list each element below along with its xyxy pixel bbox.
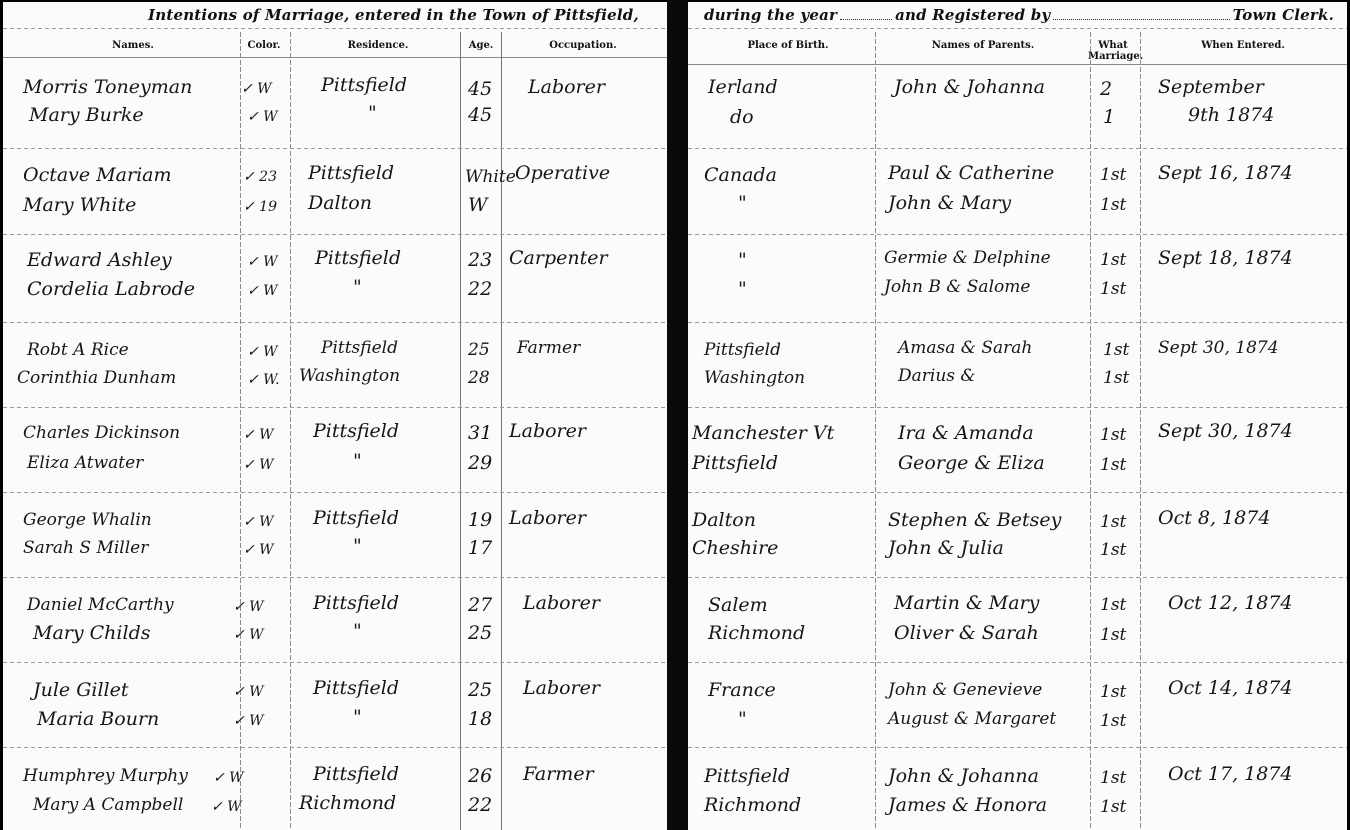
bride-birthplace: " xyxy=(738,192,747,214)
groom-age: 31 xyxy=(468,422,492,444)
bride-residence: Washington xyxy=(299,365,400,387)
bride-marriage-number: 1st xyxy=(1100,796,1126,818)
bride-age: 29 xyxy=(468,452,492,474)
bride-color: ✓ W xyxy=(211,796,242,818)
groom-age: White xyxy=(465,166,516,188)
groom-name: Morris Toneyman xyxy=(23,76,192,98)
row-rule xyxy=(688,322,1347,323)
groom-marriage-number: 2 xyxy=(1100,78,1112,100)
title-registered-label: and Registered by xyxy=(895,6,1050,24)
bride-birthplace: Richmond xyxy=(704,794,801,816)
row-rule xyxy=(3,577,667,578)
bride-residence: " xyxy=(353,450,362,472)
groom-color: ✓ W xyxy=(233,681,264,703)
year-blank xyxy=(840,10,892,20)
groom-residence: Pittsfield xyxy=(315,247,401,269)
groom-birthplace: " xyxy=(738,249,747,271)
bride-birthplace: Richmond xyxy=(708,622,805,644)
bride-name: Mary Burke xyxy=(29,104,144,126)
bride-age: 17 xyxy=(468,537,492,559)
row-rule xyxy=(688,662,1347,663)
clerk-blank xyxy=(1053,10,1229,20)
ledger-spread: Intentions of Marriage, entered in the T… xyxy=(0,0,1350,830)
groom-parents: Ira & Amanda xyxy=(898,422,1034,444)
groom-birthplace: Pittsfield xyxy=(704,339,781,361)
groom-color: ✓ W xyxy=(213,767,244,789)
bride-marriage-number: 1st xyxy=(1100,194,1126,216)
col-divider xyxy=(501,32,502,830)
row-rule xyxy=(688,747,1347,748)
col-header-color: Color. xyxy=(239,40,289,51)
col-divider xyxy=(290,32,291,830)
groom-age: 19 xyxy=(468,509,492,531)
col-header-names-of-parents: Names of Parents. xyxy=(878,40,1088,51)
bride-residence: " xyxy=(353,706,362,728)
entered-date-line2: 9th 1874 xyxy=(1188,104,1274,126)
groom-occupation: Carpenter xyxy=(509,247,608,269)
header-rule xyxy=(688,64,1347,65)
bride-age: 18 xyxy=(468,708,492,730)
groom-birthplace: Manchester Vt xyxy=(692,422,834,444)
col-header-age: Age. xyxy=(461,40,501,51)
bride-name: Mary A Campbell xyxy=(33,794,183,816)
bride-residence: " xyxy=(353,620,362,642)
groom-color: ✓ W xyxy=(243,511,274,533)
groom-color: ✓ W xyxy=(243,424,274,446)
col-header-what-marriage: What Marriage. xyxy=(1088,40,1138,62)
row-rule xyxy=(3,234,667,235)
groom-occupation: Farmer xyxy=(517,337,580,359)
bride-birthplace: Cheshire xyxy=(692,537,778,559)
bride-name: Corinthia Dunham xyxy=(17,367,176,389)
row-rule xyxy=(688,492,1347,493)
groom-residence: Pittsfield xyxy=(313,507,399,529)
groom-color: ✓ W xyxy=(241,78,272,100)
groom-residence: Pittsfield xyxy=(313,677,399,699)
bride-marriage-number: 1st xyxy=(1100,278,1126,300)
bride-marriage-number: 1st xyxy=(1100,710,1126,732)
row-rule xyxy=(3,747,667,748)
bride-parents: John & Mary xyxy=(888,192,1011,214)
groom-residence: Pittsfield xyxy=(321,337,398,359)
bride-parents: Darius & xyxy=(898,365,976,387)
title-clerk-label: Town Clerk. xyxy=(1233,6,1334,24)
groom-occupation: Laborer xyxy=(509,507,586,529)
entered-date-line1: Oct 12, 1874 xyxy=(1168,592,1293,614)
groom-parents: John & Johanna xyxy=(888,765,1039,787)
bride-age: 22 xyxy=(468,278,492,300)
bride-birthplace: do xyxy=(730,106,754,128)
row-rule xyxy=(3,662,667,663)
bride-name: Cordelia Labrode xyxy=(27,278,195,300)
groom-marriage-number: 1st xyxy=(1100,767,1126,789)
bride-residence: Dalton xyxy=(308,192,372,214)
groom-name: Robt A Rice xyxy=(27,339,129,361)
groom-parents: Germie & Delphine xyxy=(884,247,1051,269)
bride-parents: James & Honora xyxy=(888,794,1047,816)
groom-birthplace: France xyxy=(708,679,776,701)
groom-color: ✓ W xyxy=(247,341,278,363)
bride-residence: " xyxy=(353,276,362,298)
bride-age: W xyxy=(468,194,488,216)
groom-marriage-number: 1st xyxy=(1100,594,1126,616)
groom-name: Octave Mariam xyxy=(23,164,171,186)
bride-age: 28 xyxy=(468,367,490,389)
bride-marriage-number: 1st xyxy=(1100,454,1126,476)
bride-age: 45 xyxy=(468,104,492,126)
bride-birthplace: Washington xyxy=(704,367,805,389)
groom-color: ✓ W xyxy=(233,596,264,618)
groom-residence: Pittsfield xyxy=(313,763,399,785)
left-page-title: Intentions of Marriage, entered in the T… xyxy=(148,6,639,24)
groom-birthplace: Ierland xyxy=(708,76,778,98)
entered-date-line1: Sept 16, 1874 xyxy=(1158,162,1293,184)
groom-parents: Martin & Mary xyxy=(894,592,1039,614)
entered-date-line1: Oct 8, 1874 xyxy=(1158,507,1270,529)
groom-marriage-number: 1st xyxy=(1100,249,1126,271)
entered-date-line1: September xyxy=(1158,76,1264,98)
groom-color: ✓ W xyxy=(247,251,278,273)
groom-residence: Pittsfield xyxy=(313,592,399,614)
bride-name: Maria Bourn xyxy=(37,708,159,730)
bride-birthplace: Pittsfield xyxy=(692,452,778,474)
bride-residence: Richmond xyxy=(299,792,396,814)
bride-color: ✓ W xyxy=(233,624,264,646)
col-divider xyxy=(1090,32,1091,830)
bride-parents: Oliver & Sarah xyxy=(894,622,1039,644)
col-header-place-of-birth: Place of Birth. xyxy=(698,40,878,51)
bride-marriage-number: 1 xyxy=(1103,106,1115,128)
groom-name: Jule Gillet xyxy=(33,679,129,701)
groom-birthplace: Dalton xyxy=(692,509,756,531)
groom-residence: Pittsfield xyxy=(321,74,407,96)
groom-age: 25 xyxy=(468,339,490,361)
row-rule xyxy=(3,492,667,493)
groom-occupation: Operative xyxy=(515,162,610,184)
right-page: during the year and Registered by Town C… xyxy=(688,0,1347,830)
bride-residence: " xyxy=(353,535,362,557)
groom-occupation: Laborer xyxy=(523,677,600,699)
groom-marriage-number: 1st xyxy=(1100,681,1126,703)
row-rule xyxy=(688,577,1347,578)
groom-marriage-number: 1st xyxy=(1100,424,1126,446)
groom-age: 23 xyxy=(468,249,492,271)
groom-birthplace: Pittsfield xyxy=(704,765,790,787)
bride-birthplace: " xyxy=(738,708,747,730)
bride-marriage-number: 1st xyxy=(1100,624,1126,646)
groom-marriage-number: 1st xyxy=(1103,339,1129,361)
col-divider xyxy=(875,32,876,830)
col-header-when-entered: When Entered. xyxy=(1143,40,1343,51)
bride-age: 22 xyxy=(468,794,492,816)
groom-age: 45 xyxy=(468,78,492,100)
groom-name: Edward Ashley xyxy=(27,249,172,271)
groom-name: Charles Dickinson xyxy=(23,422,180,444)
bride-age: 25 xyxy=(468,622,492,644)
title-rule xyxy=(688,28,1347,29)
groom-occupation: Farmer xyxy=(523,763,594,785)
row-rule xyxy=(688,148,1347,149)
bride-parents: George & Eliza xyxy=(898,452,1045,474)
bride-color: ✓ W xyxy=(247,280,278,302)
bride-color: ✓ W xyxy=(243,454,274,476)
groom-occupation: Laborer xyxy=(523,592,600,614)
bride-name: Mary Childs xyxy=(33,622,150,644)
col-header-residence: Residence. xyxy=(293,40,463,51)
entered-date-line1: Oct 17, 1874 xyxy=(1168,763,1293,785)
bride-color: ✓ W. xyxy=(247,369,280,391)
groom-age: 26 xyxy=(468,765,492,787)
groom-birthplace: Canada xyxy=(704,164,777,186)
groom-color: ✓ 23 xyxy=(243,166,277,188)
col-divider xyxy=(1140,32,1141,830)
title-year-label: during the year xyxy=(704,6,837,24)
groom-age: 27 xyxy=(468,594,492,616)
col-divider xyxy=(460,32,461,830)
header-rule xyxy=(3,57,667,58)
groom-birthplace: Salem xyxy=(708,594,768,616)
title-rule xyxy=(3,28,667,29)
groom-parents: John & Genevieve xyxy=(888,679,1042,701)
groom-occupation: Laborer xyxy=(509,420,586,442)
groom-marriage-number: 1st xyxy=(1100,164,1126,186)
groom-parents: Paul & Catherine xyxy=(888,162,1054,184)
groom-parents: Stephen & Betsey xyxy=(888,509,1061,531)
groom-residence: Pittsfield xyxy=(308,162,394,184)
book-binding xyxy=(667,0,688,830)
groom-name: George Whalin xyxy=(23,509,152,531)
bride-parents: John B & Salome xyxy=(884,276,1030,298)
col-header-names: Names. xyxy=(63,40,203,51)
bride-parents: August & Margaret xyxy=(888,708,1056,730)
groom-age: 25 xyxy=(468,679,492,701)
row-rule xyxy=(3,148,667,149)
groom-occupation: Laborer xyxy=(528,76,605,98)
bride-marriage-number: 1st xyxy=(1100,539,1126,561)
bride-birthplace: " xyxy=(738,278,747,300)
bride-color: ✓ W xyxy=(233,710,264,732)
groom-residence: Pittsfield xyxy=(313,420,399,442)
row-rule xyxy=(3,407,667,408)
groom-marriage-number: 1st xyxy=(1100,511,1126,533)
groom-name: Humphrey Murphy xyxy=(23,765,188,787)
row-rule xyxy=(688,407,1347,408)
row-rule xyxy=(3,322,667,323)
bride-color: ✓ W xyxy=(243,539,274,561)
groom-name: Daniel McCarthy xyxy=(27,594,174,616)
bride-residence: " xyxy=(368,102,377,124)
bride-color: ✓ 19 xyxy=(243,196,277,218)
bride-marriage-number: 1st xyxy=(1103,367,1129,389)
bride-name: Sarah S Miller xyxy=(23,537,148,559)
left-page: Intentions of Marriage, entered in the T… xyxy=(3,0,667,830)
bride-name: Eliza Atwater xyxy=(27,452,143,474)
entered-date-line1: Oct 14, 1874 xyxy=(1168,677,1293,699)
right-page-title: during the year and Registered by Town C… xyxy=(704,6,1334,24)
row-rule xyxy=(688,234,1347,235)
entered-date-line1: Sept 18, 1874 xyxy=(1158,247,1293,269)
entered-date-line1: Sept 30, 1874 xyxy=(1158,337,1279,359)
col-header-occupation: Occupation. xyxy=(503,40,663,51)
bride-name: Mary White xyxy=(23,194,136,216)
groom-parents: John & Johanna xyxy=(894,76,1045,98)
bride-parents: John & Julia xyxy=(888,537,1004,559)
bride-color: ✓ W xyxy=(247,106,278,128)
entered-date-line1: Sept 30, 1874 xyxy=(1158,420,1293,442)
groom-parents: Amasa & Sarah xyxy=(898,337,1032,359)
